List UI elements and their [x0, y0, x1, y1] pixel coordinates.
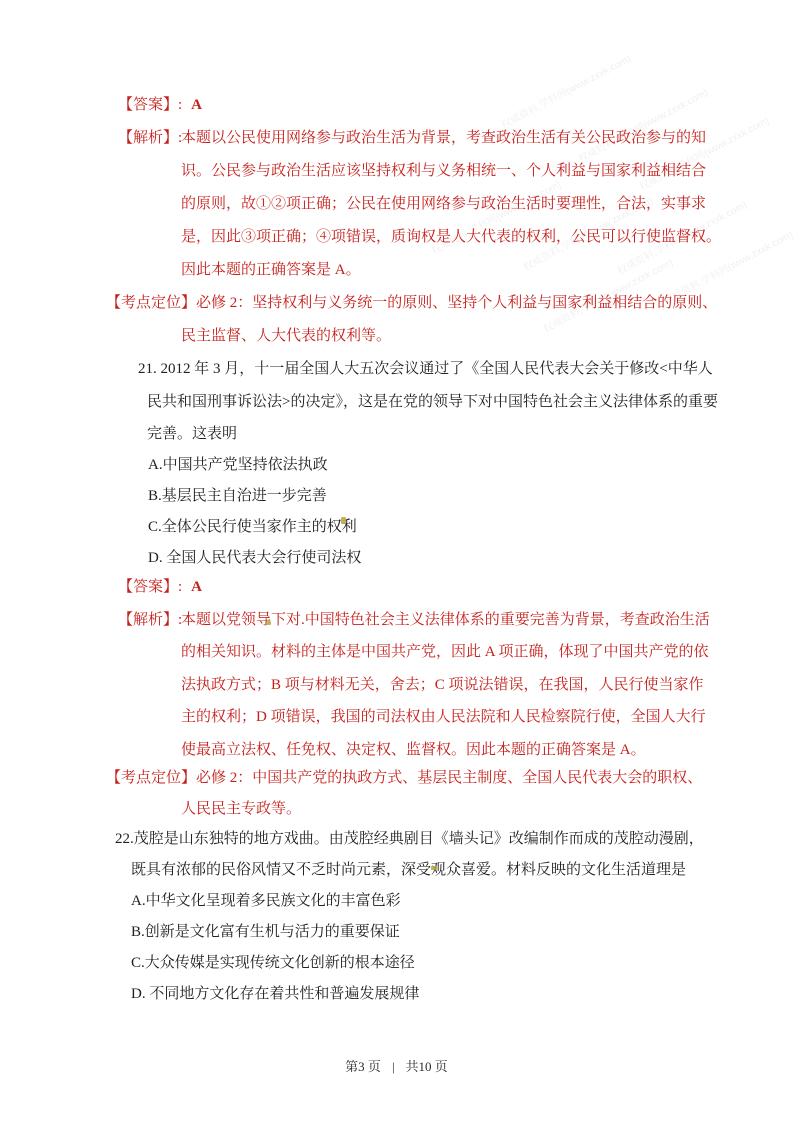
artifact-dot [431, 866, 437, 870]
option-c: C.全体公民行使当家作主的权利 [0, 512, 793, 543]
artifact-dot [265, 621, 271, 625]
document-page: 权威资料,学科网(www.zxxk.com) 权威资料,学科网(www.zxxk… [0, 0, 793, 1122]
footer-separator: | [392, 1059, 395, 1074]
analysis-line: 本题以党领导下对.中国特色社会主义法律体系的重要完善为背景，考查政治生活 [181, 604, 793, 636]
analysis-line: 主的权利；D 项错误，我国的司法权由人民法院和人民检察院行使，全国人大行 [181, 701, 793, 733]
analysis-line: 本题以公民使用网络参与政治生活为背景，考查政治生活有关公民政治参与的知 [181, 122, 793, 155]
analysis-line: 的原则，故①②项正确；公民在使用网络参与政治生活时要理性，合法，实事求 [181, 188, 793, 221]
keypoint-text: 民主监督、人大代表的权利等。 [0, 320, 793, 353]
question-stem-line: 21. 2012 年 3 月，十一届全国人大五次会议通过了《全国人民代表大会关于… [0, 353, 793, 386]
answer-label: 【答案】: [118, 97, 182, 113]
answer-value: A [191, 579, 202, 595]
analysis-block-2: 【解析】: 本题以党领导下对.中国特色社会主义法律体系的重要完善为背景，考查政治… [0, 604, 793, 766]
answer-block-1: 【答案】:A [0, 89, 793, 122]
analysis-block-1: 【解析】: 本题以公民使用网络参与政治生活为背景，考查政治生活有关公民政治参与的… [0, 122, 793, 287]
question-21-options: A.中国共产党坚持依法执政 B.基层民主自治进一步完善 C.全体公民行使当家作主… [0, 450, 793, 574]
option-b: B.创新是文化富有生机与活力的重要保证 [0, 917, 793, 948]
question-22-options: A.中华文化呈现着多民族文化的丰富色彩 B.创新是文化富有生机与活力的重要保证 … [0, 886, 793, 1010]
option-a: A.中国共产党坚持依法执政 [0, 450, 793, 481]
option-d: D. 不同地方文化存在着共性和普遍发展规律 [0, 979, 793, 1010]
keypoint-text: 必修 2：坚持权利与义务统一的原则、坚持个人利益与国家利益相结合的原则、 [196, 295, 717, 311]
page-footer: 第3 页|共10 页 [0, 1057, 793, 1077]
analysis-label: 【解析】: [118, 122, 182, 155]
question-21-stem: 21. 2012 年 3 月，十一届全国人大五次会议通过了《全国人民代表大会关于… [0, 353, 793, 451]
keypoint-text: 人民民主专政等。 [0, 794, 793, 825]
question-stem-line: 既具有浓郁的民俗风情又不乏时尚元素，深受观众喜爱。材料反映的文化生活道理是 [0, 855, 793, 886]
artifact-dot [341, 517, 346, 524]
analysis-line: 因此本题的正确答案是 A。 [181, 254, 793, 287]
analysis-line: 识。公民参与政治生活应该坚持权利与义务相统一、个人利益与国家利益相结合 [181, 155, 793, 188]
keypoint-label: 【考点定位】 [106, 295, 196, 311]
keypoint-block-2: 【考点定位】必修 2：中国共产党的执政方式、基层民主制度、全国人民代表大会的职权… [0, 763, 793, 825]
option-d: D. 全国人民代表大会行使司法权 [0, 543, 793, 574]
question-stem-line: 完善。这表明 [0, 418, 793, 451]
question-stem-line: 民共和国刑事诉讼法>的决定》，这是在党的领导下对中国特色社会主义法律体系的重要 [0, 386, 793, 419]
keypoint-text: 必修 2：中国共产党的执政方式、基层民主制度、全国人民代表大会的职权、 [196, 770, 702, 786]
question-stem-line: 22.茂腔是山东独特的地方戏曲。由茂腔经典剧目《墙头记》改编制作而成的茂腔动漫剧… [0, 824, 793, 855]
keypoint-block-1: 【考点定位】必修 2：坚持权利与义务统一的原则、坚持个人利益与国家利益相结合的原… [0, 287, 793, 353]
analysis-line: 是，因此③项正确；④项错误，质询权是人大代表的权利，公民可以行使监督权。 [181, 221, 793, 254]
analysis-line: 的相关知识。材料的主体是中国共产党，因此 A 项正确，体现了中国共产党的依 [181, 636, 793, 668]
option-b: B.基层民主自治进一步完善 [0, 481, 793, 512]
option-c: C.大众传媒是实现传统文化创新的根本途径 [0, 948, 793, 979]
footer-page-number: 第3 页 [345, 1059, 381, 1074]
answer-value: A [191, 97, 202, 113]
option-a: A.中华文化呈现着多民族文化的丰富色彩 [0, 886, 793, 917]
keypoint-label: 【考点定位】 [106, 770, 196, 786]
analysis-label: 【解析】: [118, 604, 182, 636]
question-22-stem: 22.茂腔是山东独特的地方戏曲。由茂腔经典剧目《墙头记》改编制作而成的茂腔动漫剧… [0, 824, 793, 886]
footer-total-pages: 共10 页 [406, 1059, 448, 1074]
answer-label: 【答案】: [118, 579, 182, 595]
analysis-line: 使最高立法权、任免权、决定权、监督权。因此本题的正确答案是 A。 [181, 734, 793, 766]
answer-block-2: 【答案】:A [0, 572, 793, 603]
analysis-line: 法执政方式；B 项与材料无关，舍去；C 项说法错误，在我国，人民行使当家作 [181, 669, 793, 701]
